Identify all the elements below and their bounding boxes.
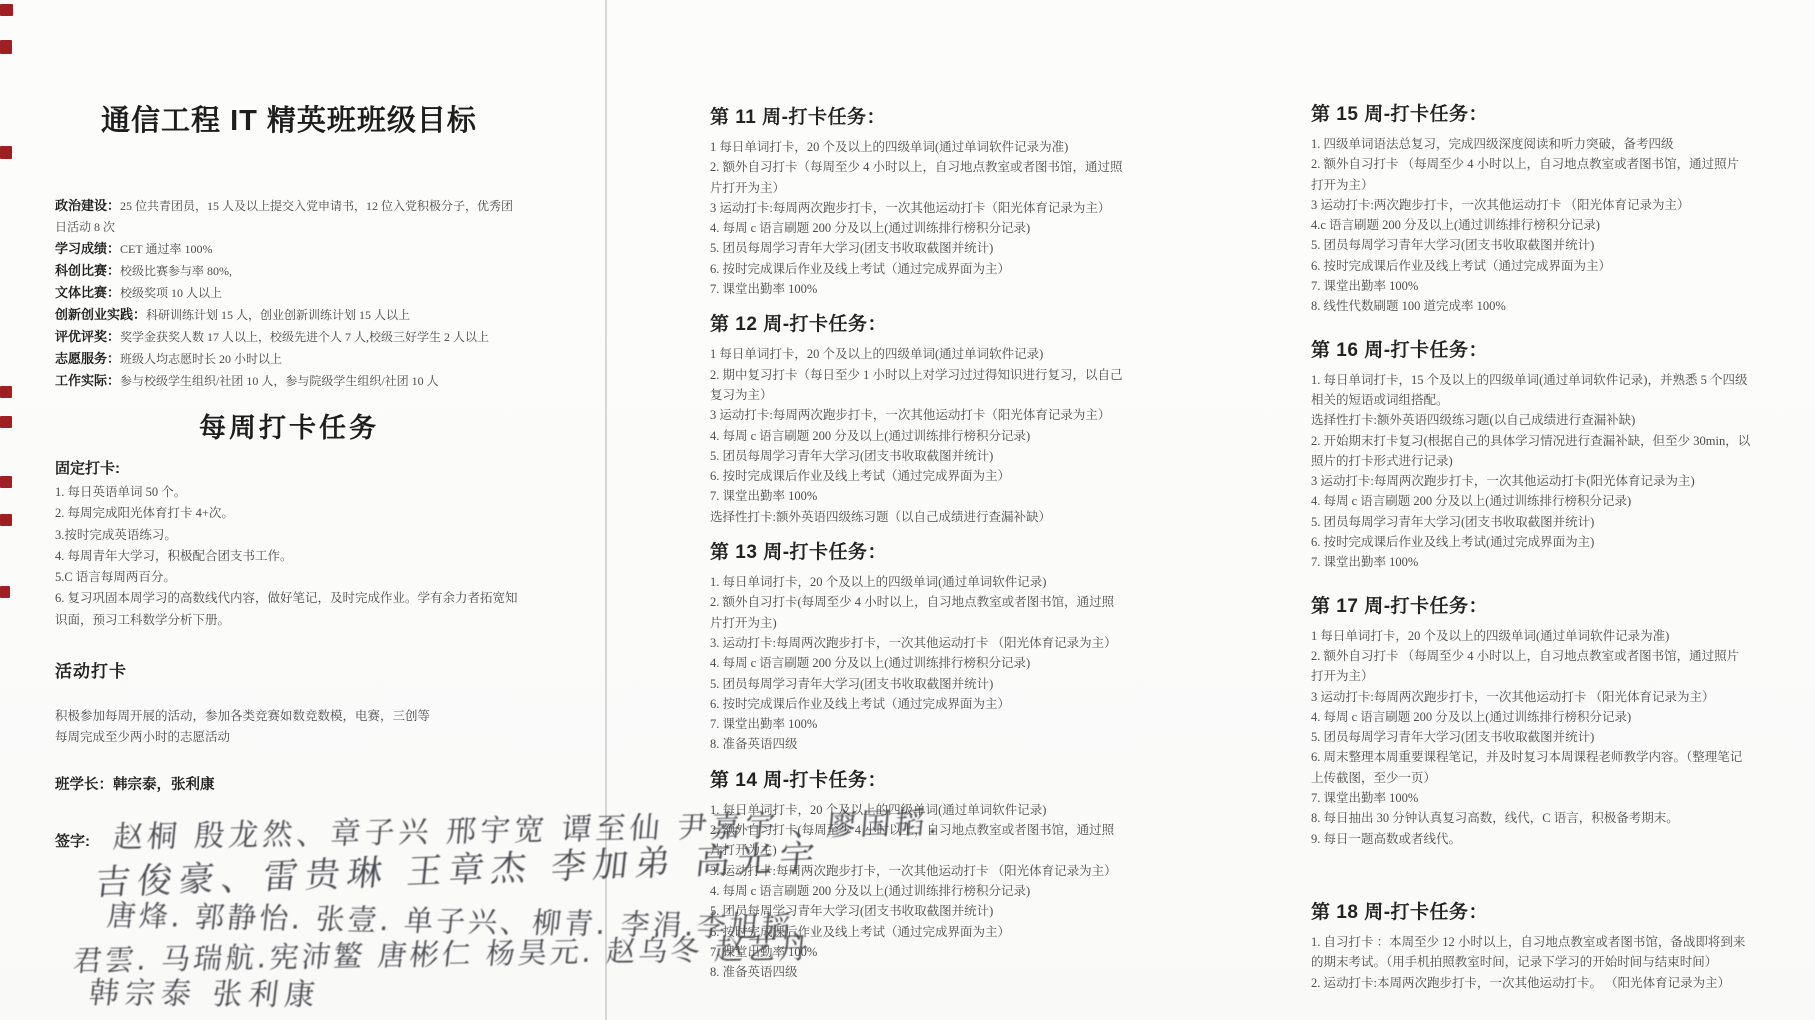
task-line: 1 每日单词打卡，20 个及以上的四级单词(通过单词软件记录为准) bbox=[710, 137, 1124, 157]
task-line: 3. 运动打卡:每周两次跑步打卡，一次其他运动打卡 （阳光体育记录为主） bbox=[710, 633, 1124, 653]
task-line: 8. 准备英语四级 bbox=[710, 734, 1124, 754]
activity-line: 每周完成至少两小时的志愿活动 bbox=[55, 727, 523, 748]
week-17-items: 1 每日单词打卡，20 个及以上的四级单词(通过单词软件记录为准)2. 额外自习… bbox=[1311, 626, 1751, 849]
week-13-heading: 第 13 周-打卡任务： bbox=[710, 541, 1124, 565]
red-mark bbox=[0, 4, 13, 16]
page-title: 通信工程 IT 精英班班级目标 bbox=[55, 98, 523, 139]
goal-line: 学习成绩：CET 通过率 100% bbox=[55, 238, 523, 260]
goal-line: 创新创业实践：科研训练计划 15 人，创业创新训练计划 15 人以上 bbox=[55, 304, 523, 326]
week-12-heading: 第 12 周-打卡任务： bbox=[710, 313, 1124, 337]
task-line: 2. 额外自习打卡 （每周至少 4 小时以上，自习地点教室或者图书馆，通过照片打… bbox=[1311, 646, 1751, 687]
task-line: 8. 线性代数刷题 100 道完成率 100% bbox=[1311, 296, 1751, 316]
task-line: 5. 团员每周学习青年大学习(团支书收取截图并统计) bbox=[710, 446, 1124, 466]
signature-rows: 赵桐 殷龙然、章子兴 邢宇宽 谭至仙 尹嘉宇 、廖国韬.吉俊豪、雷贵琳 王章杰 … bbox=[55, 816, 523, 1015]
red-mark bbox=[0, 40, 12, 54]
week-17-block: 第 17 周-打卡任务： 1 每日单词打卡，20 个及以上的四级单词(通过单词软… bbox=[1311, 595, 1751, 849]
task-line: 5. 团员每周学习青年大学习(团支书收取截图并统计) bbox=[1311, 235, 1751, 255]
red-mark bbox=[0, 514, 12, 526]
goal-line: 文体比赛：校级奖项 10 人以上 bbox=[55, 282, 523, 304]
week-14-heading: 第 14 周-打卡任务： bbox=[710, 769, 1124, 793]
task-line: 4. 每周 c 语言刷题 200 分及以上(通过训练排行榜积分记录) bbox=[710, 881, 1124, 901]
task-line: 1. 每日单词打卡，15 个及以上的四级单词(通过单词软件记录)，并熟悉 5 个… bbox=[1311, 370, 1751, 411]
goal-text: 校级奖项 10 人以上 bbox=[120, 286, 222, 300]
week-16-block: 第 16 周-打卡任务： 1. 每日单词打卡，15 个及以上的四级单词(通过单词… bbox=[1311, 339, 1751, 573]
fixed-checkin-item: 3.按时完成英语练习。 bbox=[55, 525, 523, 546]
goal-label: 工作实际： bbox=[55, 373, 120, 388]
task-line: 5. 团员每周学习青年大学习(团支书收取截图并统计) bbox=[1311, 512, 1751, 532]
week-13-block: 第 13 周-打卡任务： 1. 每日单词打卡，20 个及以上的四级单词(通过单词… bbox=[710, 541, 1124, 755]
task-line: 4. 每周 c 语言刷题 200 分及以上(通过训练排行榜积分记录) bbox=[1311, 707, 1751, 727]
task-line: 2. 额外自习打卡(每周至少 4 小时以上，自习地点教室或者图书馆，通过照片打开… bbox=[710, 592, 1124, 633]
task-line: 1. 四级单词语法总复习，完成四级深度阅读和听力突破，备考四级 bbox=[1311, 134, 1751, 154]
activity-lines: 积极参加每周开展的活动，参加各类竞赛如数竞数模，电赛，三创等每周完成至少两小时的… bbox=[55, 706, 523, 749]
weekly-tasks-heading: 每周打卡任务 bbox=[55, 406, 523, 445]
task-line: 2. 期中复习打卡（每日至少 1 小时以上对学习过过得知识进行复习，以自己复习为… bbox=[710, 365, 1124, 406]
task-line: 1. 每日单词打卡，20 个及以上的四级单词(通过单词软件记录) bbox=[710, 572, 1124, 592]
goal-label: 志愿服务： bbox=[55, 351, 120, 366]
task-line: 1 每日单词打卡，20 个及以上的四级单词(通过单词软件记录为准) bbox=[1311, 626, 1751, 646]
task-line: 3 运动打卡:每周两次跑步打卡，一次其他运动打卡 （阳光体育记录为主） bbox=[1311, 687, 1751, 707]
task-line: 7. 课堂出勤率 100% bbox=[1311, 788, 1751, 808]
task-line: 选择性打卡:额外英语四级练习题(以自己成绩进行查漏补缺) bbox=[1311, 410, 1751, 430]
task-line: 7. 课堂出勤率 100% bbox=[710, 714, 1124, 734]
fixed-checkin-item: 6. 复习巩固本周学习的高数线代内容，做好笔记，及时完成作业。学有余力者拓宽知识… bbox=[55, 588, 523, 631]
page-3: 第 15 周-打卡任务： 1. 四级单词语法总复习，完成四级深度阅读和听力突破，… bbox=[1311, 100, 1751, 993]
task-line: 4. 每周 c 语言刷题 200 分及以上(通过训练排行榜积分记录) bbox=[710, 653, 1124, 673]
task-line: 6. 按时完成课后作业及线上考试（通过完成界面为主） bbox=[710, 466, 1124, 486]
week-11-block: 第 11 周-打卡任务： 1 每日单词打卡，20 个及以上的四级单词(通过单词软… bbox=[710, 106, 1124, 299]
week-11-items: 1 每日单词打卡，20 个及以上的四级单词(通过单词软件记录为准)2. 额外自习… bbox=[710, 137, 1124, 299]
class-monitors: 班学长：韩宗泰，张利康 bbox=[55, 773, 523, 794]
signature-row: 君雲. 马瑞航.宪沛鳘 唐彬仁 杨昊元. 赵乌冬 赵艺丹 bbox=[71, 935, 525, 979]
task-line: 7. 课堂出勤率 100% bbox=[1311, 552, 1751, 572]
task-line: 8. 每日抽出 30 分钟认真复习高数，线代，C 语言，积极备考期末。 bbox=[1311, 808, 1751, 828]
task-line: 4. 每周 c 语言刷题 200 分及以上(通过训练排行榜积分记录) bbox=[710, 218, 1124, 238]
goal-line: 志愿服务：班级人均志愿时长 20 小时以上 bbox=[55, 348, 523, 370]
task-line: 7. 课堂出勤率 100% bbox=[710, 279, 1124, 299]
class-goals-list: 政治建设：25 位共青团员，15 人及以上提交入党申请书，12 位入党积极分子，… bbox=[55, 195, 523, 392]
signature-row: 韩宗泰 张利康 bbox=[87, 976, 525, 1017]
goal-label: 政治建设： bbox=[55, 198, 120, 213]
week-16-items: 1. 每日单词打卡，15 个及以上的四级单词(通过单词软件记录)，并熟悉 5 个… bbox=[1311, 370, 1751, 573]
task-line: 3 运动打卡:每周两次跑步打卡，一次其他运动打卡（阳光体育记录为主） bbox=[710, 198, 1124, 218]
fixed-checkin-item: 1. 每日英语单词 50 个。 bbox=[55, 482, 523, 503]
signature-label: 签字: bbox=[55, 830, 90, 851]
task-line: 6. 按时完成课后作业及线上考试（通过完成界面为主） bbox=[710, 922, 1124, 942]
task-line: 5. 团员每周学习青年大学习(团支书收取截图并统计) bbox=[710, 238, 1124, 258]
scanned-document: 通信工程 IT 精英班班级目标 政治建设：25 位共青团员，15 人及以上提交入… bbox=[0, 0, 1815, 1020]
fixed-checkin-item: 4. 每周青年大学习，积极配合团支书工作。 bbox=[55, 546, 523, 567]
activity-line: 积极参加每周开展的活动，参加各类竞赛如数竞数模，电赛，三创等 bbox=[55, 706, 523, 727]
activity-checkin-heading: 活动打卡 bbox=[55, 657, 523, 682]
goal-line: 政治建设：25 位共青团员，15 人及以上提交入党申请书，12 位入党积极分子，… bbox=[55, 195, 523, 238]
task-line: 1. 自习打卡 ：本周至少 12 小时以上，自习地点教室或者图书馆，备战即将到来… bbox=[1311, 932, 1751, 973]
task-line: 1. 每日单词打卡，20 个及以上的四级单词(通过单词软件记录) bbox=[710, 800, 1124, 820]
fixed-checkin-item: 5.C 语言每周两百分。 bbox=[55, 567, 523, 588]
week-15-heading: 第 15 周-打卡任务： bbox=[1311, 103, 1751, 127]
signature-block: 签字: 赵桐 殷龙然、章子兴 邢宇宽 谭至仙 尹嘉宇 、廖国韬.吉俊豪、雷贵琳 … bbox=[55, 816, 523, 1015]
task-line: 6. 按时完成课后作业及线上考试(通过完成界面为主) bbox=[1311, 532, 1751, 552]
task-line: 选择性打卡:额外英语四级练习题（以自己成绩进行查漏补缺） bbox=[710, 507, 1124, 527]
task-line: 5. 团员每周学习青年大学习(团支书收取截图并统计) bbox=[710, 674, 1124, 694]
goal-text: 班级人均志愿时长 20 小时以上 bbox=[120, 352, 282, 366]
task-line: 4. 每周 c 语言刷题 200 分及以上(通过训练排行榜积分记录) bbox=[710, 426, 1124, 446]
goal-label: 科创比赛： bbox=[55, 263, 120, 278]
goal-text: 参与校级学生组织/社团 10 人，参与院级学生组织/社团 10 人 bbox=[120, 374, 439, 388]
task-line: 3 运动打卡:每周两次跑步打卡，一次其他运动打卡（阳光体育记录为主） bbox=[710, 405, 1124, 425]
fixed-checkin-list: 1. 每日英语单词 50 个。2. 每周完成阳光体育打卡 4+次。3.按时完成英… bbox=[55, 482, 523, 631]
task-line: 6. 按时完成课后作业及线上考试（通过完成界面为主） bbox=[1311, 256, 1751, 276]
task-line: 1 每日单词打卡，20 个及以上的四级单词(通过单词软件记录) bbox=[710, 344, 1124, 364]
week-15-items: 1. 四级单词语法总复习，完成四级深度阅读和听力突破，备考四级2. 额外自习打卡… bbox=[1311, 134, 1751, 317]
task-line: 6. 按时完成课后作业及线上考试（通过完成界面为主） bbox=[710, 259, 1124, 279]
week-14-block: 第 14 周-打卡任务： 1. 每日单词打卡，20 个及以上的四级单词(通过单词… bbox=[710, 769, 1124, 983]
goal-line: 科创比赛：校级比赛参与率 80%, bbox=[55, 260, 523, 282]
goal-label: 文体比赛： bbox=[55, 285, 120, 300]
task-line: 5. 团员每周学习青年大学习(团支书收取截图并统计) bbox=[1311, 727, 1751, 747]
goal-text: CET 通过率 100% bbox=[120, 242, 212, 256]
signature-row: 唐烽. 郭静怡. 张壹. 单子兴、柳青. 李涓.李旭韬、 bbox=[105, 897, 525, 940]
task-line: 6. 周末整理本周重要课程笔记，并及时复习本周课程老师教学内容。（整理笔记上传截… bbox=[1311, 747, 1751, 788]
task-line: 2. 开始期末打卡复习(根据自己的具体学习情况进行查漏补缺，但至少 30min，… bbox=[1311, 431, 1751, 472]
task-line: 2. 额外自习打卡 （每周至少 4 小时以上，自习地点教室或者图书馆，通过照片打… bbox=[1311, 154, 1751, 195]
red-mark bbox=[0, 386, 12, 398]
goal-label: 评优评奖： bbox=[55, 329, 120, 344]
page-1: 通信工程 IT 精英班班级目标 政治建设：25 位共青团员，15 人及以上提交入… bbox=[55, 98, 523, 1015]
task-line: 8. 准备英语四级 bbox=[710, 962, 1124, 982]
fixed-checkin-heading: 固定打卡: bbox=[55, 457, 523, 478]
goal-text: 科研训练计划 15 人，创业创新训练计划 15 人以上 bbox=[146, 308, 410, 322]
red-mark bbox=[0, 586, 10, 598]
goal-text: 25 位共青团员，15 人及以上提交入党申请书，12 位入党积极分子，优秀团日活… bbox=[55, 199, 513, 234]
week-12-items: 1 每日单词打卡，20 个及以上的四级单词(通过单词软件记录)2. 期中复习打卡… bbox=[710, 344, 1124, 527]
task-line: 2. 额外自习打卡(每周至少 4 小时以上，自习地点教室或者图书馆，通过照片打开… bbox=[710, 820, 1124, 861]
goal-line: 工作实际：参与校级学生组织/社团 10 人，参与院级学生组织/社团 10 人 bbox=[55, 370, 523, 392]
week-11-heading: 第 11 周-打卡任务： bbox=[710, 106, 1124, 130]
week-18-heading: 第 18 周-打卡任务： bbox=[1311, 901, 1751, 925]
week-17-heading: 第 17 周-打卡任务： bbox=[1311, 595, 1751, 619]
task-line: 6. 按时完成课后作业及线上考试（通过完成界面为主） bbox=[710, 694, 1124, 714]
goal-text: 校级比赛参与率 80%, bbox=[120, 264, 232, 278]
red-mark bbox=[0, 146, 12, 159]
week-12-block: 第 12 周-打卡任务： 1 每日单词打卡，20 个及以上的四级单词(通过单词软… bbox=[710, 313, 1124, 527]
week-13-items: 1. 每日单词打卡，20 个及以上的四级单词(通过单词软件记录)2. 额外自习打… bbox=[710, 572, 1124, 755]
task-line: 3. 运动打卡:每周两次跑步打卡，一次其他运动打卡 （阳光体育记录为主） bbox=[710, 861, 1124, 881]
week-16-heading: 第 16 周-打卡任务： bbox=[1311, 339, 1751, 363]
week-14-items: 1. 每日单词打卡，20 个及以上的四级单词(通过单词软件记录)2. 额外自习打… bbox=[710, 800, 1124, 983]
task-line: 7. 课堂出勤率 100% bbox=[710, 942, 1124, 962]
task-line: 4. 每周 c 语言刷题 200 分及以上(通过训练排行榜积分记录) bbox=[1311, 491, 1751, 511]
task-line: 3 运动打卡:两次跑步打卡，一次其他运动打卡 （阳光体育记录为主） bbox=[1311, 195, 1751, 215]
task-line: 3 运动打卡:每周两次跑步打卡，一次其他运动打卡(阳光体育记录为主) bbox=[1311, 471, 1751, 491]
week-15-block: 第 15 周-打卡任务： 1. 四级单词语法总复习，完成四级深度阅读和听力突破，… bbox=[1311, 103, 1751, 317]
red-mark bbox=[0, 476, 12, 488]
week-18-items: 1. 自习打卡 ：本周至少 12 小时以上，自习地点教室或者图书馆，备战即将到来… bbox=[1311, 932, 1751, 993]
goal-label: 学习成绩： bbox=[55, 241, 120, 256]
fixed-checkin-item: 2. 每周完成阳光体育打卡 4+次。 bbox=[55, 503, 523, 524]
week-18-block: 第 18 周-打卡任务： 1. 自习打卡 ：本周至少 12 小时以上，自习地点教… bbox=[1311, 901, 1751, 993]
task-line: 9. 每日一题高数或者线代。 bbox=[1311, 829, 1751, 849]
red-mark bbox=[0, 416, 12, 428]
task-line: 5. 团员每周学习青年大学习(团支书收取截图并统计) bbox=[710, 901, 1124, 921]
task-line: 2. 运动打卡:本周两次跑步打卡，一次其他运动打卡。 （阳光体育记录为主） bbox=[1311, 973, 1751, 993]
task-line: 4.c 语言刷题 200 分及以上(通过训练排行榜积分记录) bbox=[1311, 215, 1751, 235]
task-line: 7. 课堂出勤率 100% bbox=[710, 486, 1124, 506]
task-line: 7. 课堂出勤率 100% bbox=[1311, 276, 1751, 296]
goal-label: 创新创业实践： bbox=[55, 307, 146, 322]
task-line: 2. 额外自习打卡（每周至少 4 小时以上，自习地点教室或者图书馆，通过照片打开… bbox=[710, 157, 1124, 198]
goal-text: 奖学金获奖人数 17 人以上，校级先进个人 7 人,校级三好学生 2 人以上 bbox=[120, 330, 489, 344]
goal-line: 评优评奖：奖学金获奖人数 17 人以上，校级先进个人 7 人,校级三好学生 2 … bbox=[55, 326, 523, 348]
page-2: 第 11 周-打卡任务： 1 每日单词打卡，20 个及以上的四级单词(通过单词软… bbox=[710, 103, 1124, 982]
